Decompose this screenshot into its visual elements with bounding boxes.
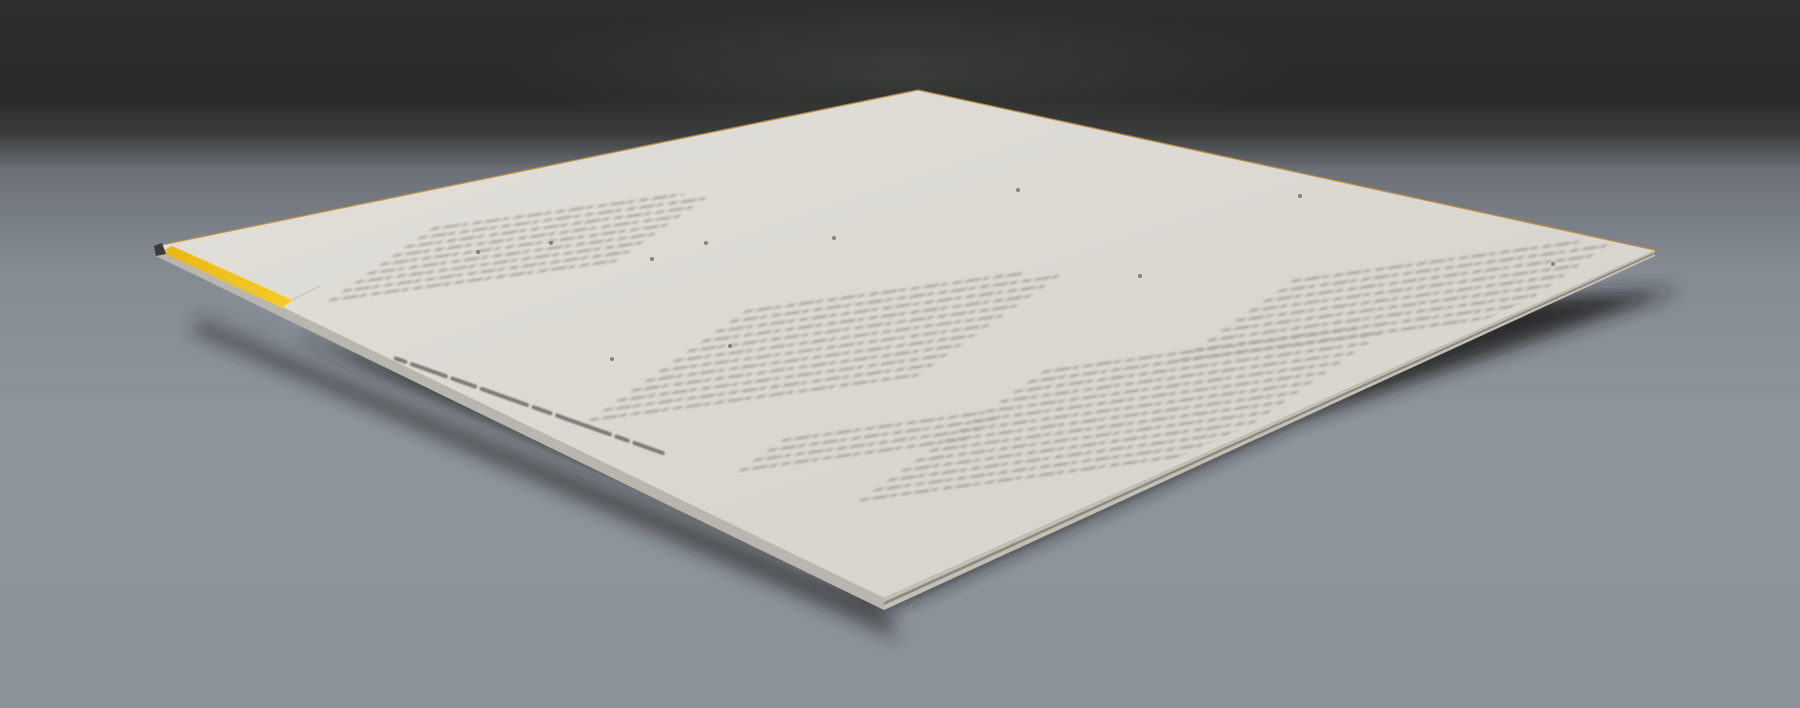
text-lines <box>330 189 1620 500</box>
text-column-2 <box>590 267 1073 420</box>
text-overlay <box>0 0 1800 708</box>
photo-scene <box>0 0 1800 708</box>
text-column-1 <box>330 189 721 300</box>
text-column-4 <box>1180 236 1620 360</box>
text-column-3 <box>860 323 1396 500</box>
